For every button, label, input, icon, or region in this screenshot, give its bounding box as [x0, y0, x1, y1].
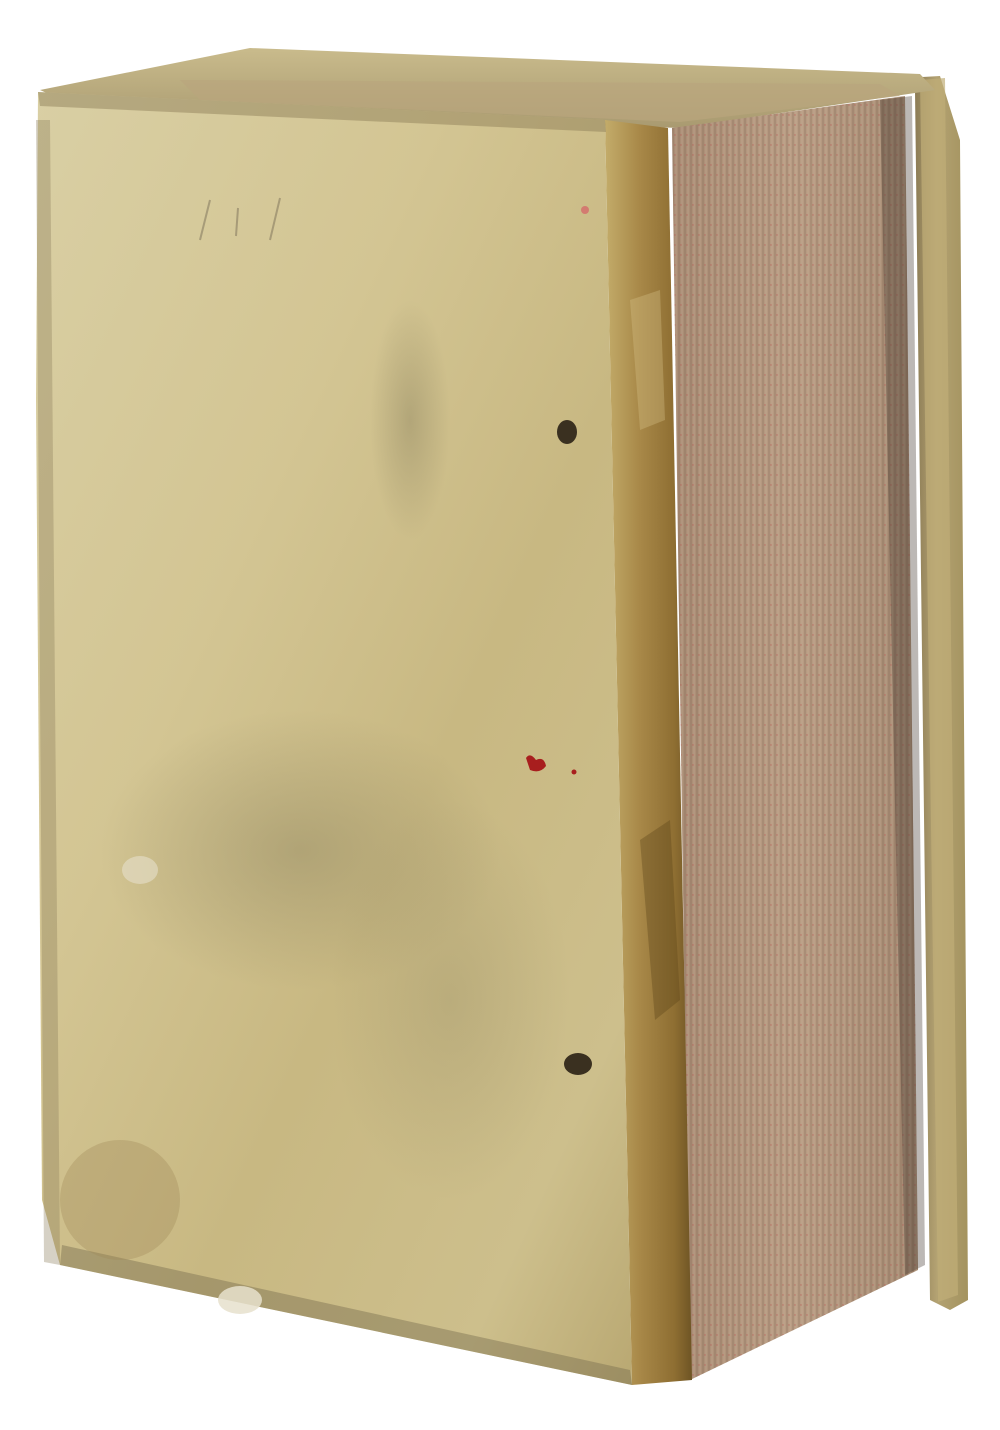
page-fore-edge	[672, 96, 925, 1380]
tie-hole-lower	[564, 1053, 592, 1075]
book-photo	[0, 0, 1000, 1430]
tie-hole-upper	[557, 420, 577, 444]
book-illustration	[0, 0, 1000, 1430]
front-cover	[36, 92, 632, 1385]
